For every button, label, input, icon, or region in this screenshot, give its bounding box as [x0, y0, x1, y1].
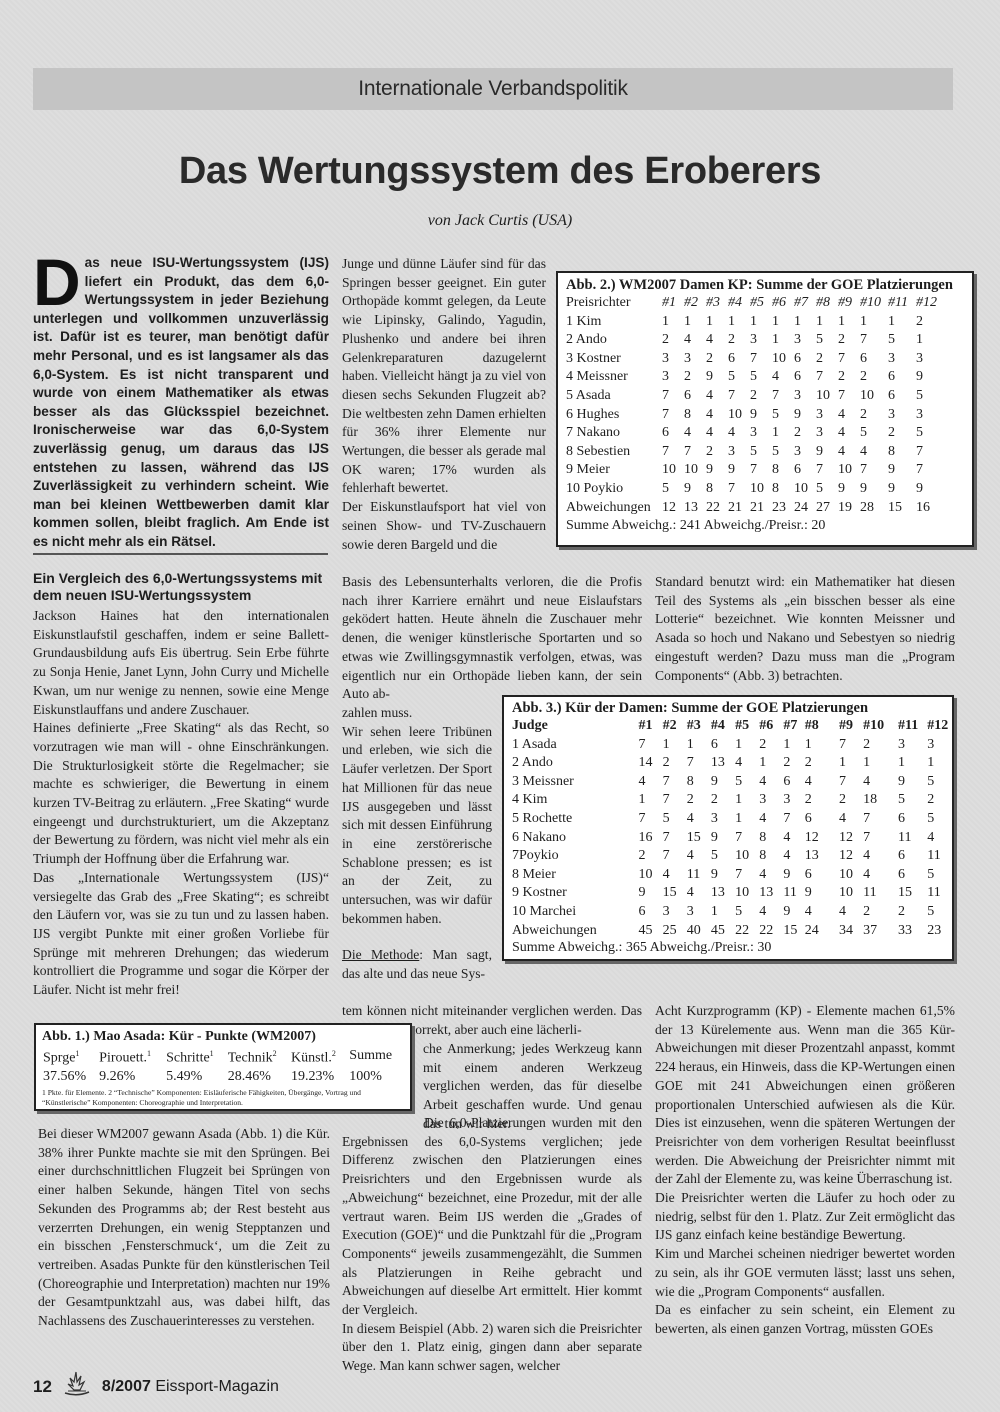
table-cell: 15 [783, 922, 804, 941]
table-cell: 7 [839, 736, 863, 755]
table-header-row: Judge#1#2#3#4#5#6#7#8#9#10#11#12 [512, 717, 952, 736]
table-cell: 1 [794, 313, 816, 332]
table-cell: 1 [750, 313, 772, 332]
column-header: #12 [927, 717, 952, 736]
table-cell: 23 [772, 499, 794, 518]
table-cell: 2 [687, 791, 711, 810]
table-cell: 1 [728, 313, 750, 332]
table-cell: 9 [639, 884, 663, 903]
column-header: #10 [860, 294, 888, 313]
table-cell: 7 [663, 829, 687, 848]
table-cell: 2 [838, 331, 860, 350]
paragraph: Die 6,0-Platzierungen wurden mit den Erg… [342, 1114, 642, 1320]
table-cell: 8 [772, 461, 794, 480]
paragraph: Wir sehen leere Tribünen und erleben, wi… [342, 723, 492, 929]
column-header: #2 [684, 294, 706, 313]
page-number: 12 [33, 1377, 52, 1397]
table-row: Abweichungen452540452222152434373323 [512, 922, 952, 941]
row-label: 8 Sebestien [566, 443, 662, 462]
table-cell: 45 [711, 922, 735, 941]
column-header: #11 [898, 717, 927, 736]
table-cell: 1 [772, 313, 794, 332]
table-cell: 1 [805, 736, 839, 755]
table-cell: 27 [816, 499, 838, 518]
table-cell: 7 [816, 461, 838, 480]
table-cell: 37 [863, 922, 898, 941]
row-label: 1 Kim [566, 313, 662, 332]
paragraph: Basis des Lebensunterhalts verloren, die… [342, 573, 642, 704]
table-cell: 4 [735, 754, 759, 773]
table-cell: 1 [663, 736, 687, 755]
column-2-wide: Basis des Lebensunterhalts verloren, die… [342, 573, 642, 704]
figure-3-table-box: Abb. 3.) Kür der Damen: Summe der GOE Pl… [502, 695, 954, 961]
table-row: 5 Rochette754314764765 [512, 810, 952, 829]
table-cell: 10 [839, 884, 863, 903]
row-label: 8 Meier [512, 866, 639, 885]
table-cell: 8 [888, 443, 916, 462]
table-cell: 8 [772, 480, 794, 499]
table-cell: 1 [706, 313, 728, 332]
paragraph: zahlen muss. [342, 704, 492, 723]
column-header: #4 [728, 294, 750, 313]
table-cell: 7 [916, 443, 938, 462]
table-cell: 2 [662, 331, 684, 350]
table-cell: 22 [706, 499, 728, 518]
table-cell: 10 [750, 480, 772, 499]
table-header-row: Sprge1Pirouett.1Schritte1Technik2Künstl.… [42, 1045, 404, 1068]
drop-cap: D [33, 256, 81, 308]
table-cell: 9 [816, 443, 838, 462]
table-cell: 9 [711, 829, 735, 848]
table-cell: 9 [728, 461, 750, 480]
figure-2-summary: Summe Abweichg.: 241 Abweichg./Preisr.: … [566, 518, 972, 534]
table-cell: 28 [860, 499, 888, 518]
table-cell: 2 [639, 847, 663, 866]
paragraph: Der Eiskunstlaufsport hat viel von seine… [342, 498, 546, 554]
table-cell: 6 [805, 810, 839, 829]
table-cell: 2 [863, 736, 898, 755]
table-cell: 7 [639, 810, 663, 829]
table-cell: 3 [662, 368, 684, 387]
row-label: 10 Marchei [512, 903, 639, 922]
magazine-page: Internationale Verbandspolitik Das Wertu… [0, 0, 1000, 1412]
table-row: Abweichungen121322212123242719281516 [566, 499, 938, 518]
column-3-top: Standard benutzt wird: ein Mathematiker … [655, 573, 955, 685]
table-cell: 4 [706, 331, 728, 350]
table-cell: 2 [927, 791, 952, 810]
table-cell: 12 [839, 829, 863, 848]
paragraph: Kim und Marchei scheinen niedriger bewer… [655, 1245, 955, 1301]
row-label: 10 Poykio [566, 480, 662, 499]
table-cell: 11 [927, 884, 952, 903]
table-cell: 2 [711, 791, 735, 810]
table-cell: 9 [860, 480, 888, 499]
table-cell: 15 [888, 499, 916, 518]
table-cell: 6 [711, 736, 735, 755]
figure-3-caption: Abb. 3.) Kür der Damen: Summe der GOE Pl… [512, 700, 952, 717]
table-cell: 9 [805, 884, 839, 903]
table-cell: 1 [687, 736, 711, 755]
table-cell: 4 [772, 368, 794, 387]
table-cell: 2 [805, 754, 839, 773]
row-label: 7 Nakano [566, 424, 662, 443]
table-cell: 4 [663, 866, 687, 885]
table-cell: 1 [927, 754, 952, 773]
table-cell: 1 [916, 331, 938, 350]
table-cell: 10 [735, 847, 759, 866]
row-label: 9 Kostner [512, 884, 639, 903]
column-header: Summe [348, 1045, 404, 1068]
table-cell: 2 [860, 368, 888, 387]
table-row: 8 Sebestien772355394487 [566, 443, 938, 462]
table-cell: 7 [663, 791, 687, 810]
table-cell: 4 [860, 443, 888, 462]
table-cell: 6 [898, 866, 927, 885]
table-cell: 10 [794, 480, 816, 499]
column-header: Sprge1 [42, 1045, 98, 1068]
table-cell: 10 [860, 387, 888, 406]
table-cell: 5 [750, 368, 772, 387]
table-cell: 24 [805, 922, 839, 941]
table-row: 9 Meier101099786710797 [566, 461, 938, 480]
table-row: 1 Kim111111111112 [566, 313, 938, 332]
table-cell: 2 [916, 313, 938, 332]
table-cell: 10 [772, 350, 794, 369]
paragraph: Acht Kurzprogramm (KP) - Elemente machen… [655, 1002, 955, 1189]
table-cell: 4 [687, 884, 711, 903]
row-label: 1 Asada [512, 736, 639, 755]
table-cell: 5 [916, 387, 938, 406]
table-cell: 7 [750, 350, 772, 369]
table-cell: 24 [794, 499, 816, 518]
table-cell: 4 [687, 810, 711, 829]
table-cell: 4 [759, 866, 783, 885]
row-label: 6 Hughes [566, 406, 662, 425]
table-cell: 7 [735, 829, 759, 848]
table-cell: 6 [794, 368, 816, 387]
column-header: #7 [794, 294, 816, 313]
table-cell: 9 [684, 480, 706, 499]
table-cell: 3 [927, 736, 952, 755]
table-cell: 2 [838, 368, 860, 387]
table-cell: 6 [888, 387, 916, 406]
table-cell: 7 [662, 443, 684, 462]
table-cell: 4 [805, 773, 839, 792]
column-header: Judge [512, 717, 639, 736]
table-cell: 8 [684, 406, 706, 425]
table-cell: 2 [663, 754, 687, 773]
table-cell: 7 [684, 443, 706, 462]
table-cell: 19.23% [290, 1068, 348, 1086]
table-cell: 5 [663, 810, 687, 829]
table-cell: 7 [772, 387, 794, 406]
row-label: 2 Ando [566, 331, 662, 350]
column-header: Technik2 [227, 1045, 290, 1068]
table-cell: 11 [687, 866, 711, 885]
table-cell: 10 [839, 866, 863, 885]
table-cell: 40 [687, 922, 711, 941]
table-cell: 3 [759, 791, 783, 810]
column-header: Schritte1 [165, 1045, 227, 1068]
table-cell: 3 [662, 350, 684, 369]
table-cell: 4 [759, 773, 783, 792]
table-cell: 1 [863, 754, 898, 773]
table-cell: 2 [759, 736, 783, 755]
table-cell: 8 [759, 847, 783, 866]
table-cell: 2 [898, 903, 927, 922]
paragraph: Das „Internationale Wertungssystem (IJS)… [33, 869, 329, 1000]
table-cell: 18 [863, 791, 898, 810]
table-cell: 7 [662, 406, 684, 425]
table-cell: 5 [735, 773, 759, 792]
table-cell: 1 [860, 313, 888, 332]
table-cell: 11 [783, 884, 804, 903]
table-cell: 5 [860, 424, 888, 443]
table-row: 1 Asada711612117233 [512, 736, 952, 755]
section-header: Internationale Verbandspolitik [33, 68, 953, 110]
column-3-bottom: Acht Kurzprogramm (KP) - Elemente machen… [655, 1002, 955, 1339]
section-subheading: Ein Vergleich des 6,0-Wertungssystems mi… [33, 570, 333, 604]
table-cell: 4 [805, 903, 839, 922]
divider [33, 553, 328, 555]
table-cell: 4 [783, 829, 804, 848]
table-cell: 5 [662, 480, 684, 499]
table-cell: 11 [927, 847, 952, 866]
table-cell: 5 [927, 810, 952, 829]
table-cell: 6 [794, 350, 816, 369]
table-cell: 1 [735, 791, 759, 810]
table-cell: 1 [735, 736, 759, 755]
column-header: #8 [816, 294, 838, 313]
table-cell: 7 [687, 754, 711, 773]
table-row: 5 Asada76472731071065 [566, 387, 938, 406]
figure-1-caption: Abb. 1.) Mao Asada: Kür - Punkte (WM2007… [42, 1029, 404, 1045]
row-label: 3 Meissner [512, 773, 639, 792]
table-cell: 7 [916, 461, 938, 480]
table-cell: 5 [898, 791, 927, 810]
table-row: 9 Kostner915413101311910111511 [512, 884, 952, 903]
table-cell: 5 [728, 368, 750, 387]
column-1-bottom: Bei dieser WM2007 gewann Asada (Abb. 1) … [38, 1125, 330, 1331]
table-cell: 2 [706, 350, 728, 369]
table-cell: 6 [662, 424, 684, 443]
table-row: 37.56%9.26%5.49%28.46%19.23%100% [42, 1068, 404, 1086]
table-cell: 15 [898, 884, 927, 903]
paragraph: Die Methode: Man sagt, das alte und das … [342, 946, 492, 983]
table-cell: 4 [706, 406, 728, 425]
table-cell: 4 [639, 773, 663, 792]
table-cell: 7 [838, 350, 860, 369]
table-cell: 16 [916, 499, 938, 518]
table-cell: 9 [706, 368, 728, 387]
table-cell: 1 [639, 791, 663, 810]
table-cell: 15 [687, 829, 711, 848]
table-row: 2 Ando244231352751 [566, 331, 938, 350]
table-cell: 6 [783, 773, 804, 792]
table-cell: 6 [805, 866, 839, 885]
table-cell: 3 [816, 424, 838, 443]
table-cell: 5 [711, 847, 735, 866]
column-2-top: Junge und dünne Läufer sind für das Spri… [342, 255, 546, 554]
table-cell: 45 [639, 922, 663, 941]
table-cell: 3 [794, 387, 816, 406]
paragraph: In diesem Beispiel (Abb. 2) waren sich d… [342, 1320, 642, 1376]
table-row: 10 Marchei633154944225 [512, 903, 952, 922]
table-cell: 10 [728, 406, 750, 425]
table-cell: 5 [750, 443, 772, 462]
table-cell: 4 [759, 810, 783, 829]
row-label: 2 Ando [512, 754, 639, 773]
table-cell: 3 [684, 350, 706, 369]
figure-1-footnote: 1 Pkte. für Elemente. 2 “Technische” Kom… [42, 1088, 404, 1108]
column-header: Preisrichter [566, 294, 662, 313]
table-cell: 25 [663, 922, 687, 941]
table-cell: 3 [898, 736, 927, 755]
column-header: #4 [711, 717, 735, 736]
table-cell: 7 [816, 368, 838, 387]
figure-2-caption: Abb. 2.) WM2007 Damen KP: Summe der GOE … [566, 277, 972, 294]
table-cell: 3 [750, 424, 772, 443]
table-cell: 1 [759, 754, 783, 773]
table-cell: 2 [860, 406, 888, 425]
column-header: #6 [772, 294, 794, 313]
table-cell: 5 [916, 424, 938, 443]
page-footer: 12 8/2007 Eissport-Magazin [33, 1370, 279, 1403]
table-cell: 5 [927, 866, 952, 885]
table-cell: 10 [816, 387, 838, 406]
table-cell: 7 [860, 461, 888, 480]
table-cell: 3 [816, 406, 838, 425]
table-cell: 2 [706, 443, 728, 462]
table-row: 3 Meissner478954647495 [512, 773, 952, 792]
lead-paragraph: Das neue ISU-Wertungssystem (IJS) liefer… [33, 254, 329, 552]
table-cell: 3 [728, 443, 750, 462]
table-cell: 5 [772, 443, 794, 462]
table-cell: 8 [706, 480, 728, 499]
table-cell: 33 [898, 922, 927, 941]
table-cell: 4 [838, 406, 860, 425]
table-cell: 7 [863, 829, 898, 848]
table-cell: 22 [759, 922, 783, 941]
figure-2-table: Preisrichter#1#2#3#4#5#6#7#8#9#10#11#121… [566, 294, 938, 517]
table-cell: 7 [750, 461, 772, 480]
figure-1-box: Abb. 1.) Mao Asada: Kür - Punkte (WM2007… [34, 1023, 412, 1111]
table-cell: 6 [728, 350, 750, 369]
section-title: Internationale Verbandspolitik [358, 77, 628, 101]
skater-logo-icon [62, 1370, 92, 1403]
table-cell: 12 [662, 499, 684, 518]
column-header: #12 [916, 294, 938, 313]
column-header: #2 [663, 717, 687, 736]
figure-3-table: Judge#1#2#3#4#5#6#7#8#9#10#11#121 Asada7… [512, 717, 952, 940]
table-cell: 10 [684, 461, 706, 480]
table-cell: 6 [794, 461, 816, 480]
table-cell: 10 [639, 866, 663, 885]
table-cell: 16 [639, 829, 663, 848]
table-cell: 9 [916, 480, 938, 499]
table-cell: 100% [348, 1068, 404, 1086]
table-cell: 1 [735, 810, 759, 829]
table-cell: 7 [735, 866, 759, 885]
column-header: #3 [706, 294, 728, 313]
paragraph: Junge und dünne Läufer sind für das Spri… [342, 255, 546, 498]
table-cell: 5.49% [165, 1068, 227, 1086]
article-title: Das Wertungssystem des Eroberers [0, 150, 1000, 193]
table-cell: 3 [711, 810, 735, 829]
table-cell: 2 [888, 424, 916, 443]
table-cell: 2 [783, 754, 804, 773]
issue-number: 8/2007 [102, 1378, 151, 1395]
table-row: 6 Hughes7841095934233 [566, 406, 938, 425]
column-header: #3 [687, 717, 711, 736]
row-label: 5 Rochette [512, 810, 639, 829]
table-cell: 2 [805, 791, 839, 810]
table-cell: 7 [728, 387, 750, 406]
table-cell: 6 [898, 810, 927, 829]
table-cell: 3 [663, 903, 687, 922]
table-cell: 7 [662, 387, 684, 406]
table-cell: 2 [728, 331, 750, 350]
column-header: #5 [735, 717, 759, 736]
table-cell: 12 [805, 829, 839, 848]
table-cell: 9 [794, 406, 816, 425]
row-label: 9 Meier [566, 461, 662, 480]
table-cell: 4 [783, 847, 804, 866]
table-cell: 3 [750, 331, 772, 350]
column-header: #8 [805, 717, 839, 736]
table-cell: 2 [684, 368, 706, 387]
table-cell: 1 [772, 331, 794, 350]
table-cell: 7 [728, 480, 750, 499]
table-cell: 2 [794, 424, 816, 443]
table-row: 3 Kostner3326710627633 [566, 350, 938, 369]
table-cell: 7 [639, 736, 663, 755]
table-cell: 4 [863, 866, 898, 885]
table-cell: 15 [663, 884, 687, 903]
table-cell: 9 [888, 461, 916, 480]
table-cell: 7 [838, 387, 860, 406]
table-row: 7 Nakano644431234525 [566, 424, 938, 443]
paragraph: Die Preisrichter werten die Läufer zu ho… [655, 1189, 955, 1245]
column-header: #10 [863, 717, 898, 736]
table-cell: 7 [663, 847, 687, 866]
table-cell: 13 [711, 754, 735, 773]
table-row: 2 Ando14271341221111 [512, 754, 952, 773]
table-cell: 1 [888, 313, 916, 332]
column-2-narrow: zahlen muss. Wir sehen leere Tribünen un… [342, 704, 492, 984]
table-cell: 13 [805, 847, 839, 866]
table-cell: 4 [863, 847, 898, 866]
table-cell: 9 [750, 406, 772, 425]
figure-3-summary: Summe Abweichg.: 365 Abweichg./Preisr.: … [512, 940, 952, 956]
column-header: #1 [662, 294, 684, 313]
table-cell: 9 [783, 903, 804, 922]
table-cell: 3 [888, 406, 916, 425]
table-cell: 11 [863, 884, 898, 903]
table-cell: 21 [728, 499, 750, 518]
table-row: 4 Meissner329554672269 [566, 368, 938, 387]
table-cell: 4 [838, 424, 860, 443]
table-cell: 9 [783, 866, 804, 885]
table-cell: 1 [816, 313, 838, 332]
table-cell: 7 [863, 810, 898, 829]
table-cell: 3 [783, 791, 804, 810]
table-cell: 1 [783, 736, 804, 755]
table-cell: 5 [816, 480, 838, 499]
table-cell: 10 [838, 461, 860, 480]
table-row: 6 Nakano16715978412127114 [512, 829, 952, 848]
table-cell: 6 [684, 387, 706, 406]
